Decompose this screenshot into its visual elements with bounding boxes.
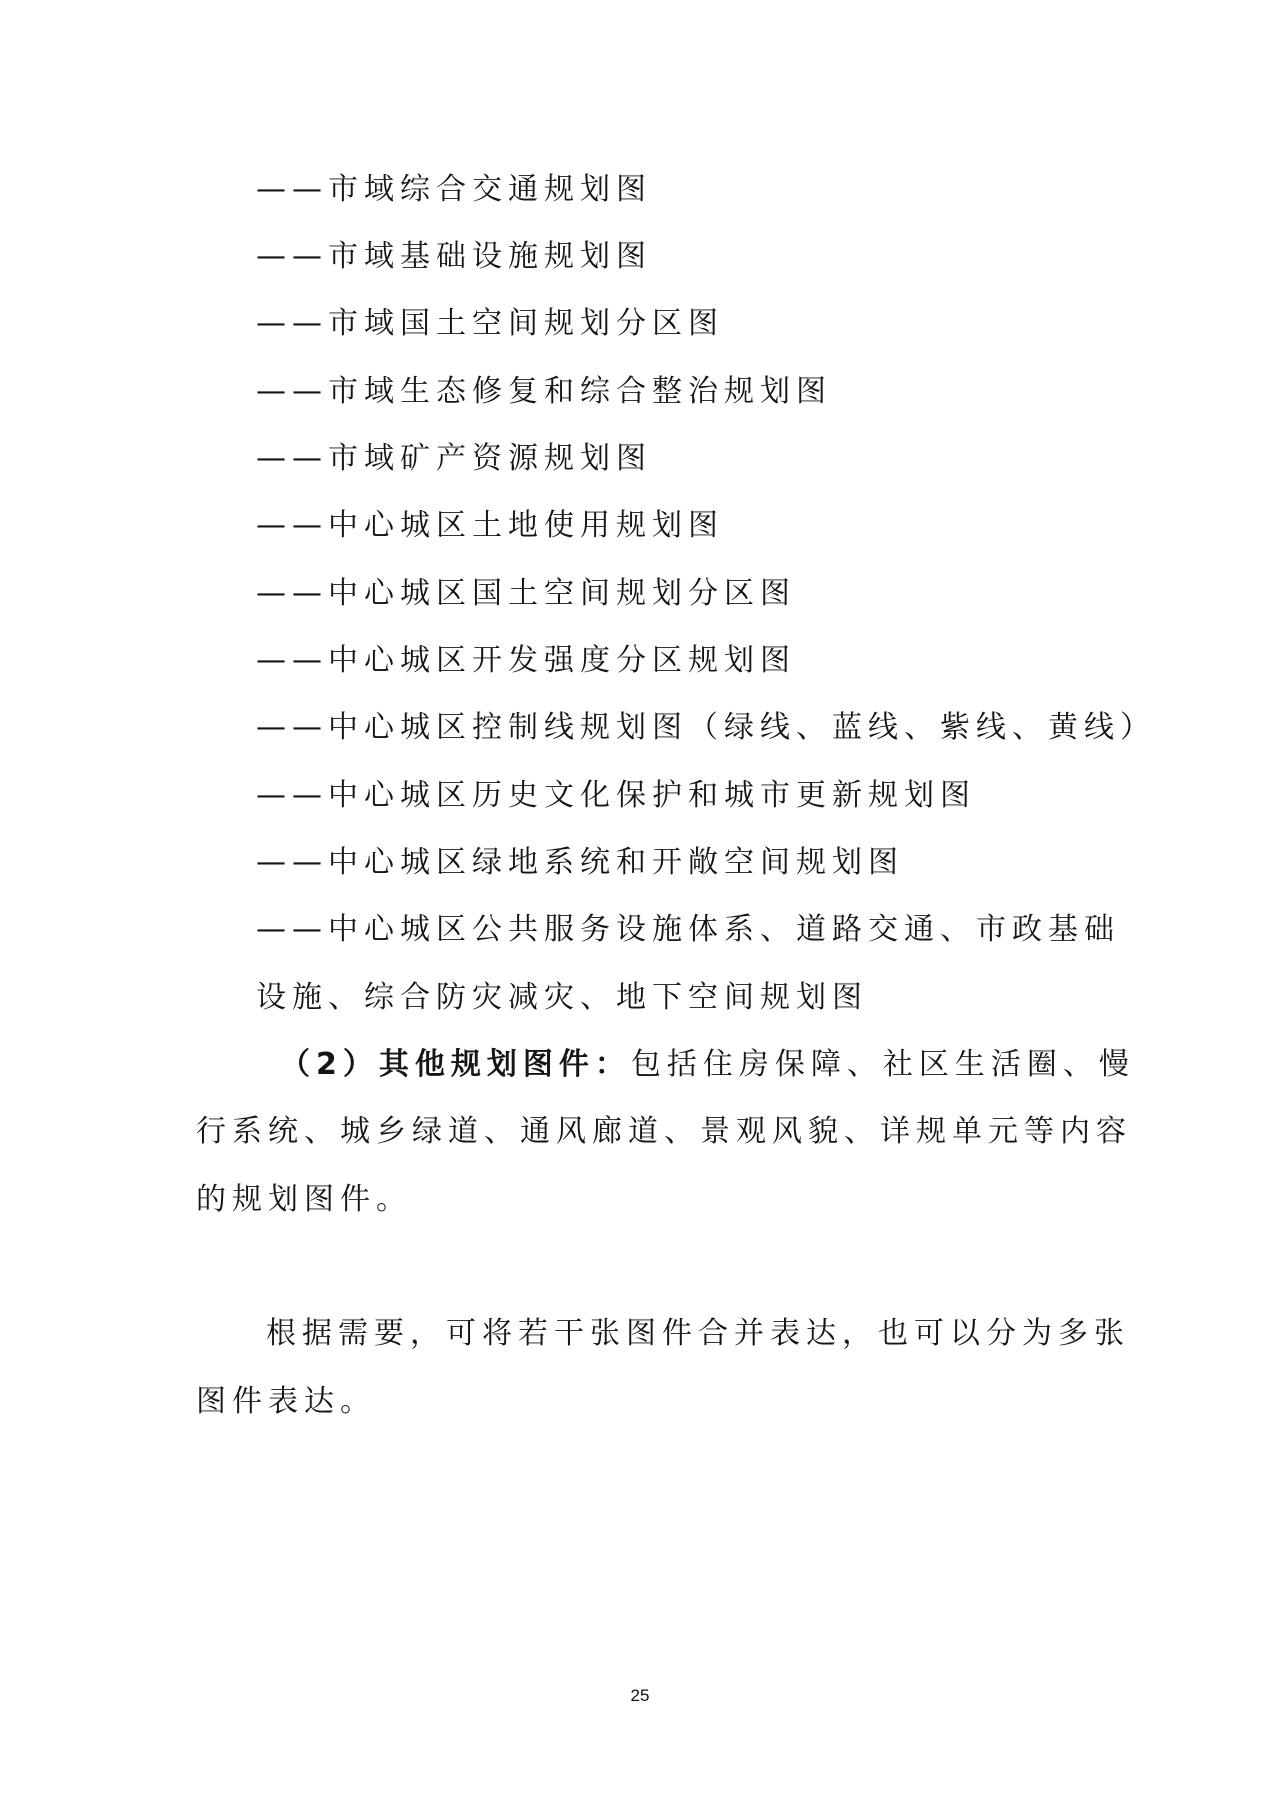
list-item: ——中心城区历史文化保护和城市更新规划图 (256, 776, 976, 816)
document-page: ——市域综合交通规划图 ——市域基础设施规划图 ——市域国土空间规划分区图 ——… (0, 0, 1280, 1810)
list-item: ——中心城区开发强度分区规划图 (256, 641, 796, 681)
page-number: 25 (0, 1686, 1280, 1706)
list-item: ——市域生态修复和综合整治规划图 (256, 372, 832, 412)
list-item: ——中心城区国土空间规划分区图 (256, 574, 796, 614)
list-item: ——市域国土空间规划分区图 (256, 304, 724, 344)
note-line-2: 图件表达。 (196, 1382, 376, 1422)
list-item: ——中心城区控制线规划图（绿线、蓝线、紫线、黄线） (256, 708, 1156, 748)
note-line-1: 根据需要，可将若干张图件合并表达，也可以分为多张 (266, 1314, 1130, 1354)
list-item: ——中心城区绿地系统和开敞空间规划图 (256, 843, 904, 883)
other-maps-paragraph: （2）其他规划图件：包括住房保障、社区生活圈、慢 (280, 1045, 1135, 1085)
other-maps-text: 包括住房保障、社区生活圈、慢 (631, 1047, 1135, 1082)
other-maps-line-3: 的规划图件。 (196, 1180, 412, 1220)
other-maps-heading: （2）其他规划图件： (280, 1047, 631, 1082)
list-item-continuation: 设施、综合防灾减灾、地下空间规划图 (256, 978, 868, 1018)
list-item: ——中心城区土地使用规划图 (256, 506, 724, 546)
list-item: ——市域综合交通规划图 (256, 170, 652, 210)
other-maps-line-2: 行系统、城乡绿道、通风廊道、景观风貌、详规单元等内容 (196, 1112, 1132, 1152)
list-item: ——市域矿产资源规划图 (256, 439, 652, 479)
list-item: ——市域基础设施规划图 (256, 237, 652, 277)
list-item: ——中心城区公共服务设施体系、道路交通、市政基础 (256, 910, 1120, 950)
